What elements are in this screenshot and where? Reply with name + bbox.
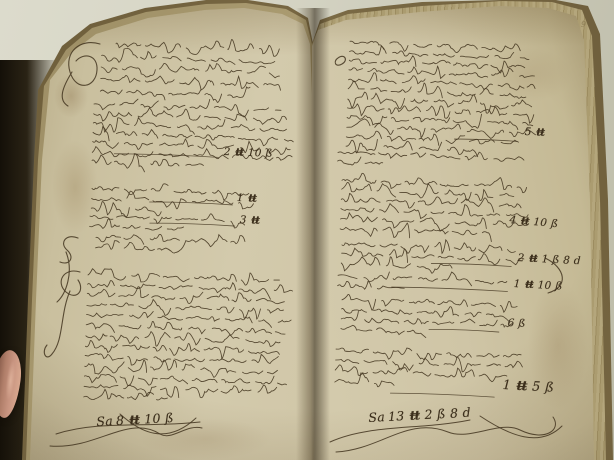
- calligraphic-initial: [44, 271, 80, 357]
- sum-flourish: [330, 416, 562, 452]
- manuscript-photo: 9 2 tt 10 ß1 tt3 tt5 tt4 tt 10 ß2 tt 1 ß…: [0, 0, 614, 460]
- sum-label: Sa: [368, 409, 385, 425]
- pound-symbol: tt: [128, 412, 140, 428]
- pound-symbol: tt: [520, 215, 531, 228]
- ledger-entry-L4-handwriting: [90, 210, 245, 234]
- ledger-entry-R7-handwriting: [334, 345, 523, 398]
- pound-symbol: tt: [524, 279, 534, 291]
- calligraphic-initial: [57, 237, 78, 302]
- folio-number: 9: [581, 20, 586, 29]
- pound-symbol: tt: [515, 379, 528, 395]
- ledger-entry-R6-handwriting: [341, 294, 518, 341]
- ledger-entry-L6-handwriting: [84, 267, 293, 406]
- pound-symbol: tt: [535, 126, 545, 138]
- ledger-entry-R3-handwriting: [340, 172, 530, 243]
- pound-symbol: tt: [247, 192, 257, 204]
- ledger-entry-R5-handwriting: [338, 268, 509, 295]
- amount-label: 6 ß: [507, 317, 526, 330]
- ledger-entry-L3-handwriting: [91, 181, 254, 221]
- ledger-entry-R2-handwriting: [338, 147, 525, 172]
- ledger-entry-R1-handwriting: [346, 38, 539, 160]
- sum-label: Sa: [96, 413, 113, 429]
- pound-symbol: tt: [528, 253, 538, 265]
- margin-mark: [335, 56, 345, 65]
- ledger-entry-R4-handwriting: [341, 236, 525, 278]
- pound-symbol: tt: [250, 214, 260, 226]
- ledger-entry-L2-handwriting: [92, 95, 295, 177]
- ledger-entry-L1-handwriting: [100, 35, 282, 105]
- amount-label: 1 tt: [237, 192, 258, 205]
- amount-label: 3 tt: [240, 214, 261, 227]
- amount-label: 1 tt 10 ß: [513, 278, 562, 293]
- pound-symbol: tt: [408, 407, 420, 423]
- ledger-entry-L5-handwriting: [96, 230, 246, 255]
- pound-symbol: tt: [234, 146, 244, 158]
- thumb-highlight: [4, 360, 17, 401]
- amount-label: 1 tt 5 ß: [502, 378, 554, 396]
- amount-label: 2 tt 10 ß: [224, 146, 273, 160]
- calligraphic-initial: [62, 43, 100, 106]
- amount-label: 5 tt: [525, 126, 546, 139]
